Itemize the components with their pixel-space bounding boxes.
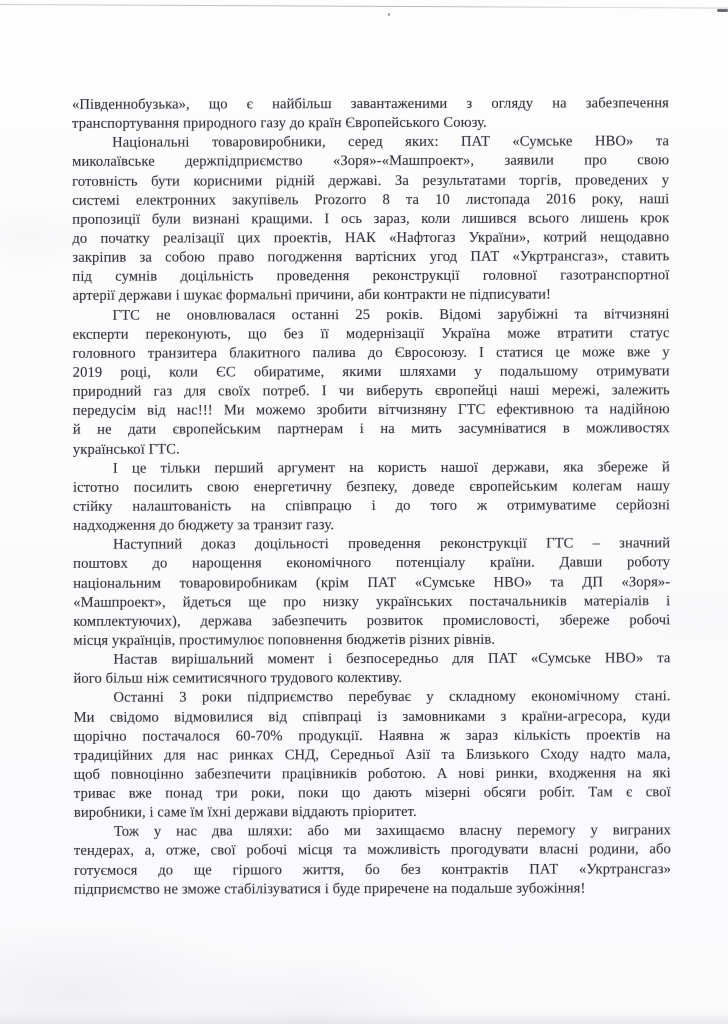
scan-corner-mark	[717, 9, 728, 12]
text-line: щоб повноцінно забезпечити працівників р…	[74, 764, 671, 785]
text-line: стійку налаштованість на співпрацю і до …	[73, 496, 670, 517]
text-line: 2019 році, коли ЄС обиратиме, якими шлях…	[73, 362, 670, 383]
text-line: традиційних для нас ринках СНД, Середньо…	[74, 745, 671, 766]
text-line: місця українців, простимулює поповнення …	[73, 630, 670, 651]
text-line: закріпив за собою право погодження варті…	[72, 247, 669, 268]
text-line: головного транзитера блакитного палива д…	[73, 343, 670, 364]
text-line: системі електронних закупівель Prozorro …	[72, 190, 669, 211]
text-line: Тож у нас два шляхи: або ми захищаємо вл…	[74, 822, 671, 843]
text-line: надходження до бюджету за транзит газу.	[73, 515, 670, 536]
text-line: природний газ для своїх потреб. І чи виб…	[73, 381, 670, 402]
text-line: щорічно постачалося 60-70% продукції. На…	[74, 726, 671, 747]
text-line: експерти переконують, що без її модерніз…	[73, 324, 670, 345]
scan-speck	[388, 13, 390, 16]
text-line: й не дати європейським партнерам і на ми…	[73, 420, 670, 441]
scan-edge-line	[0, 4, 728, 9]
text-line: артерії держави і шукає формальні причин…	[72, 286, 669, 307]
text-line: до початку реалізації цих проектів, НАК …	[72, 228, 669, 249]
scan-bottom-shade	[0, 1012, 728, 1024]
text-line: Настав вирішальний момент і безпосереднь…	[73, 649, 670, 670]
text-line: триває вже понад три роки, поки що дають…	[74, 783, 671, 804]
text-line: ГТС не оновлювалася останні 25 років. Ві…	[72, 305, 669, 326]
text-line: тендерах, а, отже, свої робочі місця та …	[74, 841, 671, 862]
text-line: «Машпроект», йдеться ще про низку україн…	[73, 592, 670, 613]
text-line: виробники, і саме їм їхні держави віддаю…	[74, 802, 671, 823]
document-text: «Південнобузька», що є найбільш завантаж…	[72, 94, 671, 899]
text-line: поштовх до нарощення економічного потенц…	[73, 554, 670, 575]
text-line: пропозиції були визнані кращими. І ось з…	[72, 209, 669, 230]
text-line: підприємство не зможе стабілізуватися і …	[74, 879, 671, 900]
text-line: Останні 3 роки підприємство перебуває у …	[74, 688, 671, 709]
text-line: національним товаровиробникам (крім ПАТ …	[73, 573, 670, 594]
text-line: передусім від нас!!! Ми можемо зробити в…	[73, 400, 670, 421]
text-line: миколаївське держпідприємство «Зоря»-«Ма…	[72, 152, 669, 173]
text-line: української ГТС.	[73, 439, 670, 460]
text-line: комплектуючих), держава забезпечить розв…	[73, 611, 670, 632]
text-line: істотно посилить свою енергетичну безпек…	[73, 477, 670, 498]
text-line: Національні товаровиробники, серед яких:…	[72, 133, 669, 154]
text-line: готуємося до ще гіршого життя, бо без ко…	[74, 860, 671, 881]
text-line: його більш ніж семитисячного трудового к…	[73, 668, 670, 689]
scanned-document-page: «Південнобузька», що є найбільш завантаж…	[0, 0, 728, 1024]
text-line: готовність бути корисними рідній державі…	[72, 171, 669, 192]
text-line: Наступний доказ доцільності проведення р…	[73, 534, 670, 555]
text-line: транспортування природного газу до країн…	[72, 113, 669, 134]
text-line: І це тільки перший аргумент на користь н…	[73, 458, 670, 479]
text-line: під сумнів доцільність проведення реконс…	[72, 266, 669, 287]
text-line: «Південнобузька», що є найбільш завантаж…	[72, 94, 669, 115]
text-line: Ми свідомо відмовилися від співпраці із …	[74, 707, 671, 728]
